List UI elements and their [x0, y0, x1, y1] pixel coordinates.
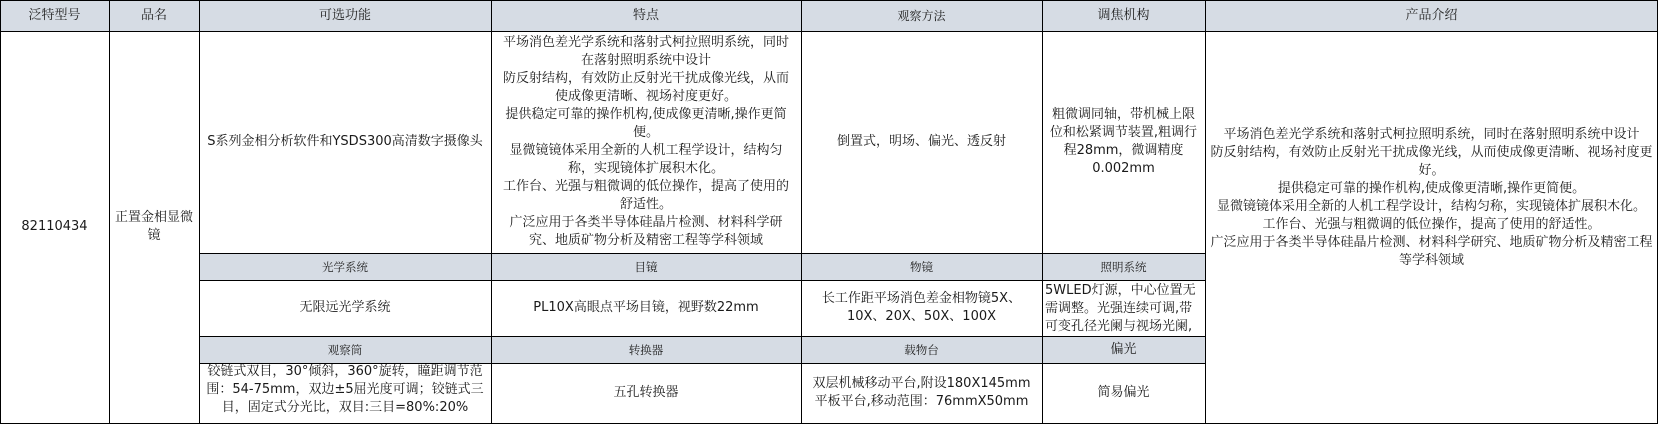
cell-options: S系列金相分析软件和YSDS300高清数字摄像头: [199, 31, 491, 253]
spec-header-stage: 载物台: [801, 336, 1042, 363]
spec-value-polarization: 简易偏光: [1042, 363, 1205, 423]
header-model: 泛特型号: [0, 0, 109, 31]
header-options: 可选功能: [199, 0, 491, 31]
spec-header-illumination: 照明系统: [1042, 253, 1205, 280]
header-focus: 调焦机构: [1042, 0, 1205, 31]
spec-header-polarization: 偏光: [1042, 336, 1205, 363]
cell-intro: 平场消色差光学系统和落射式柯拉照明系统，同时在落射照明系统中设计 防反射结构，有…: [1205, 31, 1658, 423]
spec-header-nosepiece: 转换器: [491, 336, 801, 363]
cell-name: 正置金相显微镜: [109, 31, 199, 423]
header-features: 特点: [491, 0, 801, 31]
spec-header-objective: 物镜: [801, 253, 1042, 280]
spec-header-tube: 观察筒: [199, 336, 491, 363]
spec-header-eyepiece: 目镜: [491, 253, 801, 280]
spec-header-optical-system: 光学系统: [199, 253, 491, 280]
spec-value-optical-system: 无限远光学系统: [199, 280, 491, 336]
spec-value-eyepiece: PL10X高眼点平场目镜，视野数22mm: [491, 280, 801, 336]
spec-value-illumination: 5WLED灯源，中心位置无需调整。光强连续可调,带可变孔径光阑与视场光阑,: [1042, 280, 1205, 336]
cell-observation: 倒置式，明场、偏光、透反射: [801, 31, 1042, 253]
header-intro: 产品介绍: [1205, 0, 1658, 31]
cell-focus: 粗微调同轴，带机械上限位和松紧调节装置,粗调行程28mm，微调精度0.002mm: [1042, 31, 1205, 253]
header-name: 品名: [109, 0, 199, 31]
spec-value-stage: 双层机械移动平台,附设180X145mm平板平台,移动范围：76mmX50mm: [801, 363, 1042, 423]
spec-value-tube: 铰链式双目，30°倾斜，360°旋转，瞳距调节范围：54-75mm，双边±5屈光…: [199, 363, 491, 423]
cell-model: 82110434: [0, 31, 109, 423]
cell-features: 平场消色差光学系统和落射式柯拉照明系统，同时在落射照明系统中设计 防反射结构，有…: [491, 31, 801, 253]
spec-value-objective: 长工作距平场消色差金相物镜5X、10X、20X、50X、100X: [801, 280, 1042, 336]
header-observation: 观察方法: [801, 0, 1042, 31]
spec-value-nosepiece: 五孔转换器: [491, 363, 801, 423]
